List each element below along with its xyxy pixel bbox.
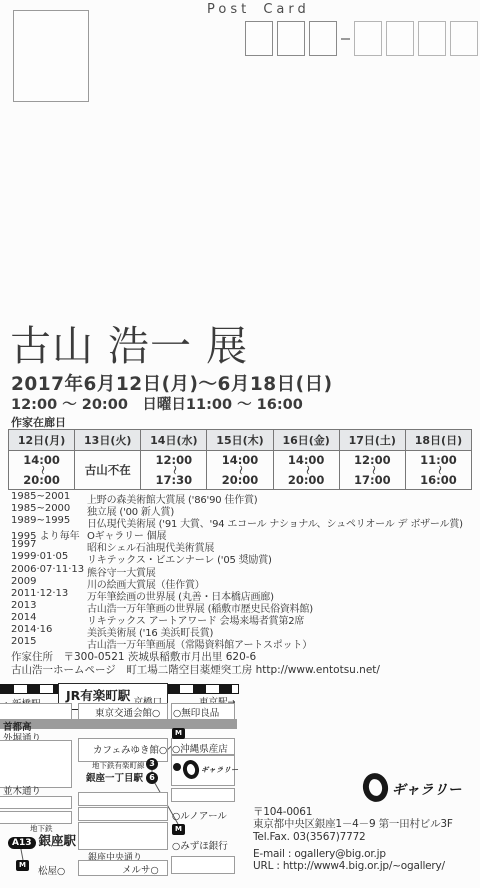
- map-label-namiki: 並木通り: [3, 783, 41, 797]
- metro-icon: M: [172, 728, 185, 739]
- history-years: 1985~2001: [11, 491, 87, 502]
- history-years: 2015: [11, 636, 87, 647]
- postal-code-boxes: [245, 21, 478, 56]
- map-label-okinawa: ○沖縄県産店: [172, 741, 228, 755]
- map-gallery-marker: ギャラリー: [173, 760, 239, 779]
- attendance-table: 12日(月) 13日(火) 14日(水) 15日(木) 16日(金) 17日(土…: [8, 429, 472, 490]
- map-block: [171, 856, 235, 874]
- map-shutoko-band: [0, 719, 237, 729]
- gallery-address: 東京都中央区銀座1－4－9 第一田村ビル3F: [253, 818, 453, 830]
- absent-note: 古山不在: [85, 463, 131, 477]
- gallery-logo-text: ギャラリー: [200, 765, 239, 775]
- history-row: 2011·12·13万年筆絵画の世界展 (丸善・日本橋店画廊): [11, 588, 473, 600]
- postal-code-box: [277, 21, 305, 56]
- gallery-email: E-mail : ogallery@big.or.jp: [253, 848, 453, 860]
- exit-6-icon: 6: [146, 772, 158, 784]
- artist-history-list: 1985~2001上野の森美術館大賞展 ('86'90 佳作賞) 1985~20…: [11, 491, 473, 648]
- map-block: [78, 792, 168, 806]
- a13-exit-badge: A13: [8, 837, 36, 849]
- gallery-url: URL : http://www4.big.or.jp/~ogallery/: [253, 860, 453, 872]
- attendance-cell: 12:00 〜 17:30: [141, 451, 207, 490]
- postal-code-box: [354, 21, 382, 56]
- gallery-telfax: Tel.Fax. 03(3567)7772: [253, 831, 453, 843]
- o-gallery-logo-icon: [360, 771, 390, 805]
- jr-station-label: JR有楽町駅: [66, 686, 130, 704]
- history-years: 1997: [11, 539, 87, 550]
- attendance-cell: 11:00 〜 16:00: [405, 451, 471, 490]
- history-years: 1999·01·05: [11, 551, 87, 562]
- postcard: Post Card 古山 浩一 展 2017年6月12日(月)〜6月18日(日)…: [0, 0, 480, 888]
- attendance-label: 作家在廊日: [11, 414, 66, 430]
- map-label-mizuho: ○みずほ銀行: [172, 838, 228, 852]
- map-block: [78, 807, 168, 821]
- history-row: 1985~2001上野の森美術館大賞展 ('86'90 佳作賞): [11, 491, 473, 503]
- map-label-kotsu-kaikan: 東京交通会館○: [95, 705, 160, 719]
- history-row: 1997昭和シェル石油現代美術賞展: [11, 539, 473, 551]
- postal-code-box: [386, 21, 414, 56]
- o-gallery-logo: ギャラリー: [363, 773, 462, 802]
- railway-line: [0, 684, 60, 694]
- attendance-cell: 12:00 〜 17:00: [339, 451, 405, 490]
- history-row: 2015古山浩一万年筆画展（常陽資料館アートスポット）: [11, 636, 473, 648]
- map-block: [78, 822, 168, 850]
- postal-code-box: [418, 21, 446, 56]
- map-label-cafe-miyuki: カフェみゆき館○: [93, 742, 167, 756]
- gallery-dot-icon: [173, 763, 181, 771]
- attendance-body-row: 14:00 〜 20:00 古山不在 12:00 〜 17:30 14:00 〜…: [9, 451, 472, 490]
- gallery-contact-block: 〒104-0061 東京都中央区銀座1－4－9 第一田村ビル3F Tel.Fax…: [253, 806, 453, 872]
- map-block: [0, 740, 72, 788]
- exit-3-icon: 3: [146, 758, 158, 770]
- map-ginza-station: A13 銀座駅: [8, 831, 76, 849]
- artist-homepage: 古山浩一ホームページ 町工場二階空目薬煙突工房 http://www.entot…: [11, 662, 380, 677]
- gallery-postal-code: 〒104-0061: [253, 806, 453, 818]
- history-years: 2013: [11, 600, 87, 611]
- history-row: 2009川の絵画大賞展（佳作賞）: [11, 576, 473, 588]
- postal-code-box: [309, 21, 337, 56]
- map-block: [0, 796, 72, 809]
- map-label-renoir: ○ルノアール: [172, 808, 227, 822]
- map-label-ginza-itchome: 銀座一丁目駅: [86, 770, 143, 784]
- history-years: 2014: [11, 612, 87, 623]
- history-years: 2006·07·11·13: [11, 564, 87, 575]
- o-gallery-logo-icon: [181, 759, 201, 781]
- map-block: [0, 703, 72, 720]
- history-row: 2013古山浩一万年筆画の世界展 (稲敷市歴史民俗資料館): [11, 600, 473, 612]
- history-years: 2014·16: [11, 624, 87, 635]
- history-years: 2011·12·13: [11, 588, 87, 599]
- map-label-muji: ○無印良品: [173, 705, 219, 719]
- attendance-cell: 14:00 〜 20:00: [9, 451, 75, 490]
- day-header: 13日(火): [75, 430, 141, 451]
- history-row: 2014リキテックス アートアワード 会場来場者賞第2席: [11, 612, 473, 624]
- gallery-logo-text: ギャラリー: [391, 778, 463, 798]
- postal-code-dash: [341, 38, 350, 40]
- attendance-cell: 14:00 〜 20:00: [273, 451, 339, 490]
- history-years: 2009: [11, 576, 87, 587]
- stamp-placement-box: [13, 10, 89, 102]
- metro-icon: M: [172, 824, 185, 835]
- attendance-cell: 14:00 〜 20:00: [207, 451, 273, 490]
- history-row: 1999·01·05リキテックス・ビエンナーレ ('05 奨励賞): [11, 551, 473, 563]
- history-years: 1989~1995: [11, 515, 87, 526]
- postal-code-box: [245, 21, 273, 56]
- map-block: [171, 788, 235, 802]
- map-label-matsuya: 松屋○: [38, 863, 65, 877]
- postal-code-box: [450, 21, 478, 56]
- exhibition-hours: 12:00 〜 20:00 日曜日11:00 〜 16:00: [11, 393, 303, 414]
- map-label-melsa: メルサ○: [122, 862, 159, 876]
- exhibition-title: 古山 浩一 展: [10, 313, 248, 372]
- attendance-cell: 古山不在: [75, 451, 141, 490]
- map-label-ginza-station: 銀座駅: [39, 833, 77, 848]
- history-years: 1985~2000: [11, 503, 87, 514]
- railway-line: [166, 684, 239, 694]
- metro-icon: M: [16, 860, 29, 871]
- history-row: 1989~1995日仏現代美術展 ('91 大賞、'94 エコール ナショナル、…: [11, 515, 473, 527]
- post-card-label: Post Card: [207, 2, 310, 17]
